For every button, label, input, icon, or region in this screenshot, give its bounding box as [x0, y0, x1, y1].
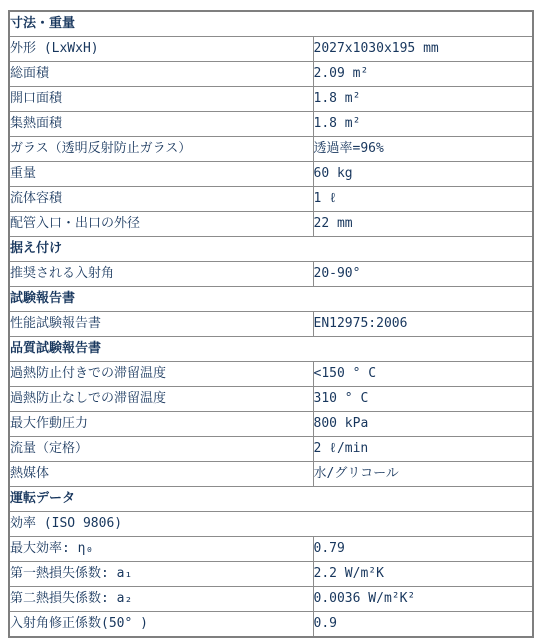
spec-row: 第二熱損失係数: a₂ 0.0036 W/m²K²	[9, 587, 533, 612]
spec-row: 入射角修正係数(50° ) 0.9	[9, 612, 533, 638]
spec-value: <150 ° C	[313, 362, 533, 387]
spec-label: ガラス（透明反射防止ガラス）	[9, 137, 313, 162]
section-header: 据え付け	[9, 237, 533, 262]
section-header-row: 運転データ	[9, 487, 533, 512]
spec-row: 熱媒体 水/グリコール	[9, 462, 533, 487]
spec-label: 熱媒体	[9, 462, 313, 487]
spec-row: 集熱面積 1.8 m²	[9, 112, 533, 137]
section-header: 運転データ	[9, 487, 533, 512]
spec-value: 1.8 m²	[313, 112, 533, 137]
spec-label: 総面積	[9, 62, 313, 87]
spec-row: 外形 (LxWxH) 2027x1030x195 mm	[9, 37, 533, 62]
spec-row: 性能試験報告書 EN12975:2006	[9, 312, 533, 337]
spec-value: 1 ℓ	[313, 187, 533, 212]
spec-label: 過熱防止なしでの滞留温度	[9, 387, 313, 412]
spec-label: 推奨される入射角	[9, 262, 313, 287]
section-header-row: 品質試験報告書	[9, 337, 533, 362]
spec-row: 総面積 2.09 m²	[9, 62, 533, 87]
spec-sheet-page: 寸法・重量 外形 (LxWxH) 2027x1030x195 mm 総面積 2.…	[0, 0, 540, 641]
spec-value: 22 mm	[313, 212, 533, 237]
spec-row: 過熱防止なしでの滞留温度 310 ° C	[9, 387, 533, 412]
spec-value: 0.9	[313, 612, 533, 638]
spec-value: 20-90°	[313, 262, 533, 287]
spec-label: 性能試験報告書	[9, 312, 313, 337]
spec-label: 最大作動圧力	[9, 412, 313, 437]
spec-subheader-row: 効率 (ISO 9806)	[9, 512, 533, 537]
spec-value: 水/グリコール	[313, 462, 533, 487]
section-header: 品質試験報告書	[9, 337, 533, 362]
section-header: 寸法・重量	[9, 11, 533, 37]
spec-value: 800 kPa	[313, 412, 533, 437]
spec-value: 透過率=96%	[313, 137, 533, 162]
spec-value: 0.79	[313, 537, 533, 562]
spec-label: 開口面積	[9, 87, 313, 112]
spec-value: 310 ° C	[313, 387, 533, 412]
spec-label: 過熱防止付きでの滞留温度	[9, 362, 313, 387]
spec-row: 最大作動圧力 800 kPa	[9, 412, 533, 437]
spec-value: 60 kg	[313, 162, 533, 187]
spec-subheader: 効率 (ISO 9806)	[9, 512, 533, 537]
spec-row: 重量 60 kg	[9, 162, 533, 187]
spec-row: 最大効率: η₀ 0.79	[9, 537, 533, 562]
section-header: 試験報告書	[9, 287, 533, 312]
spec-row: 開口面積 1.8 m²	[9, 87, 533, 112]
spec-row: 流量（定格） 2 ℓ/min	[9, 437, 533, 462]
spec-row: 推奨される入射角 20-90°	[9, 262, 533, 287]
spec-label: 外形 (LxWxH)	[9, 37, 313, 62]
spec-label: 配管入口・出口の外径	[9, 212, 313, 237]
spec-row: 第一熱損失係数: a₁ 2.2 W/m²K	[9, 562, 533, 587]
section-header-row: 寸法・重量	[9, 11, 533, 37]
spec-label: 流体容積	[9, 187, 313, 212]
spec-value: EN12975:2006	[313, 312, 533, 337]
spec-table-body: 寸法・重量 外形 (LxWxH) 2027x1030x195 mm 総面積 2.…	[9, 11, 533, 637]
spec-label: 重量	[9, 162, 313, 187]
spec-label: 流量（定格）	[9, 437, 313, 462]
spec-label: 第一熱損失係数: a₁	[9, 562, 313, 587]
spec-label: 最大効率: η₀	[9, 537, 313, 562]
spec-row: 過熱防止付きでの滞留温度 <150 ° C	[9, 362, 533, 387]
spec-value: 2027x1030x195 mm	[313, 37, 533, 62]
spec-value: 2.2 W/m²K	[313, 562, 533, 587]
spec-value: 2 ℓ/min	[313, 437, 533, 462]
section-header-row: 試験報告書	[9, 287, 533, 312]
spec-label: 第二熱損失係数: a₂	[9, 587, 313, 612]
spec-table: 寸法・重量 外形 (LxWxH) 2027x1030x195 mm 総面積 2.…	[8, 10, 534, 638]
spec-label: 集熱面積	[9, 112, 313, 137]
section-header-row: 据え付け	[9, 237, 533, 262]
spec-label: 入射角修正係数(50° )	[9, 612, 313, 638]
spec-row: 流体容積 1 ℓ	[9, 187, 533, 212]
spec-value: 1.8 m²	[313, 87, 533, 112]
spec-value: 2.09 m²	[313, 62, 533, 87]
spec-row: ガラス（透明反射防止ガラス） 透過率=96%	[9, 137, 533, 162]
spec-value: 0.0036 W/m²K²	[313, 587, 533, 612]
spec-row: 配管入口・出口の外径 22 mm	[9, 212, 533, 237]
